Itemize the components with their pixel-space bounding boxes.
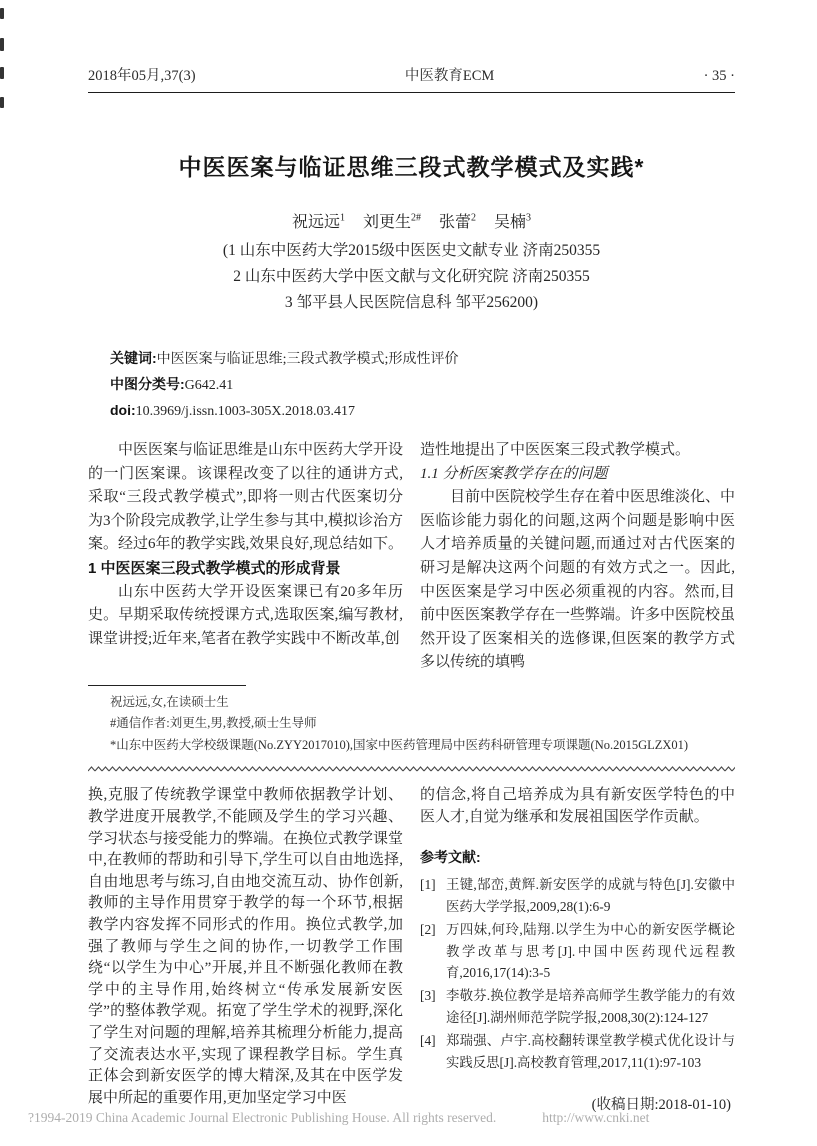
paragraph: 的信念,将自己培养成为具有新安医学特色的中医人才,自觉为继承和发展祖国医学作贡献…: [420, 785, 735, 828]
header-page-number: · 35 ·: [704, 68, 735, 85]
page-content: 2018年05月,37(3) 中医教育ECM · 35 · 中医医案与临证思维三…: [0, 0, 817, 1117]
doi-value: 10.3969/j.issn.1003-305X.2018.03.417: [136, 404, 355, 419]
column-left: 换,克服了传统教学课堂中教师依据教学计划、教学进度开展教学,不能顾及学生的学习兴…: [88, 785, 403, 1117]
footnote-rule: [88, 685, 246, 686]
keywords-text: 中医医案与临证思维;三段式教学模式;形成性评价: [157, 352, 459, 367]
author-superscript: 2: [471, 213, 476, 224]
author-name: 祝远远: [292, 214, 340, 231]
page-footer: ?1994-2019 China Academic Journal Electr…: [28, 1110, 789, 1126]
reference-marker: [3]: [420, 985, 446, 1029]
paragraph: 中医医案与临证思维是山东中医药大学开设的一门医案课。该课程改变了以往的通讲方式,…: [88, 439, 403, 557]
paragraph: 目前中医院校学生存在着中医思维淡化、中医临诊能力弱化的问题,这两个问题是影响中医…: [420, 486, 735, 675]
wavy-divider: [88, 765, 735, 773]
keywords-row: 关键词:中医医案与临证思维;三段式教学模式;形成性评价: [110, 346, 735, 372]
reference-text: 李敬芬.换位教学是培养高师学生教学能力的有效途径[J].湖州师范学院学报,200…: [446, 985, 735, 1029]
author-name: 刘更生: [363, 214, 411, 231]
reference-item: [3] 李敬芬.换位教学是培养高师学生教学能力的有效途径[J].湖州师范学院学报…: [420, 985, 735, 1029]
clc-value: G642.41: [185, 378, 234, 393]
author: 刘更生2#: [363, 214, 421, 231]
footnote-line: *山东中医药大学校级课题(No.ZYY2017010),国家中医药管理局中医药科…: [110, 735, 735, 757]
affiliation-line: (1 山东中医药大学2015级中医医史文献专业 济南250355: [88, 238, 735, 264]
reference-marker: [4]: [420, 1030, 446, 1074]
doi-row: doi:10.3969/j.issn.1003-305X.2018.03.417: [110, 398, 735, 424]
affiliation-line: 2 山东中医药大学中医文献与文化研究院 济南250355: [88, 264, 735, 290]
clc-row: 中图分类号:G642.41: [110, 372, 735, 398]
author-name: 张蕾: [439, 214, 471, 231]
references-label: 参考文献:: [420, 847, 735, 869]
footnotes: 祝远远,女,在读硕士生 #通信作者:刘更生,男,教授,硕士生导师 *山东中医药大…: [88, 692, 735, 757]
authors-line: 祝远远1 刘更生2# 张蕾2 吴楠3: [88, 209, 735, 232]
footnote-line: 祝远远,女,在读硕士生: [110, 692, 735, 714]
article-body-top: 中医医案与临证思维是山东中医药大学开设的一门医案课。该课程改变了以往的通讲方式,…: [88, 439, 735, 675]
author-superscript: 3: [526, 213, 531, 224]
footer-copyright: ?1994-2019 China Academic Journal Electr…: [28, 1110, 496, 1126]
reference-item: [2] 万四妹,何玲,陆翔.以学生为中心的新安医学概论教学改革与思考[J].中国…: [420, 919, 735, 984]
scan-artifact: [0, 67, 4, 79]
affiliation-line: 3 邹平县人民医院信息科 邹平256200): [88, 290, 735, 316]
meta-block: 关键词:中医医案与临证思维;三段式教学模式;形成性评价 中图分类号:G642.4…: [88, 346, 735, 424]
author-superscript: 2#: [411, 213, 421, 224]
header-issue: 2018年05月,37(3): [88, 64, 196, 85]
author: 吴楠3: [494, 214, 531, 231]
scan-artifact: [0, 38, 4, 51]
reference-text: 王键,郜峦,黄辉.新安医学的成就与特色[J].安徽中医药大学学报,2009,28…: [446, 874, 735, 918]
section-heading-1: 1 中医医案三段式教学模式的形成背景: [88, 557, 403, 581]
footer-url: http://www.cnki.net: [542, 1110, 649, 1126]
page-header: 2018年05月,37(3) 中医教育ECM · 35 ·: [88, 64, 735, 85]
affiliations: (1 山东中医药大学2015级中医医史文献专业 济南250355 2 山东中医药…: [88, 238, 735, 316]
article-body-bottom: 换,克服了传统教学课堂中教师依据教学计划、教学进度开展教学,不能顾及学生的学习兴…: [88, 785, 735, 1117]
section-heading-1-1: 1.1 分析医案教学存在的问题: [420, 463, 735, 487]
reference-text: 郑瑞强、卢宇.高校翻转课堂教学模式优化设计与实践反思[J].高校教育管理,201…: [446, 1030, 735, 1074]
clc-label: 中图分类号:: [110, 376, 185, 392]
scan-artifact: [0, 97, 4, 108]
paragraph: 山东中医药大学开设医案课已有20多年历史。早期采取传统授课方式,选取医案,编写教…: [88, 581, 403, 652]
author-superscript: 1: [340, 213, 345, 224]
paragraph: 换,克服了传统教学课堂中教师依据教学计划、教学进度开展教学,不能顾及学生的学习兴…: [88, 785, 403, 1109]
scan-artifact: [0, 8, 4, 19]
footnote-line: #通信作者:刘更生,男,教授,硕士生导师: [110, 713, 735, 735]
header-rule: [88, 92, 735, 93]
author-name: 吴楠: [494, 214, 526, 231]
author: 祝远远1: [292, 214, 345, 231]
column-left: 中医医案与临证思维是山东中医药大学开设的一门医案课。该课程改变了以往的通讲方式,…: [88, 439, 403, 675]
paper-title: 中医医案与临证思维三段式教学模式及实践*: [88, 149, 735, 182]
author: 张蕾2: [439, 214, 476, 231]
reference-item: [4] 郑瑞强、卢宇.高校翻转课堂教学模式优化设计与实践反思[J].高校教育管理…: [420, 1030, 735, 1074]
paragraph: 造性地提出了中医医案三段式教学模式。: [420, 439, 735, 463]
reference-marker: [1]: [420, 874, 446, 918]
column-right: 造性地提出了中医医案三段式教学模式。 1.1 分析医案教学存在的问题 目前中医院…: [420, 439, 735, 675]
reference-marker: [2]: [420, 919, 446, 984]
journal-page: 2018年05月,37(3) 中医教育ECM · 35 · 中医医案与临证思维三…: [0, 0, 817, 1146]
reference-item: [1] 王键,郜峦,黄辉.新安医学的成就与特色[J].安徽中医药大学学报,200…: [420, 874, 735, 918]
header-journal: 中医教育ECM: [405, 64, 494, 85]
column-right: 的信念,将自己培养成为具有新安医学特色的中医人才,自觉为继承和发展祖国医学作贡献…: [420, 785, 735, 1117]
doi-label: doi:: [110, 402, 136, 418]
keywords-label: 关键词:: [110, 350, 157, 366]
reference-text: 万四妹,何玲,陆翔.以学生为中心的新安医学概论教学改革与思考[J].中国中医药现…: [446, 919, 735, 984]
